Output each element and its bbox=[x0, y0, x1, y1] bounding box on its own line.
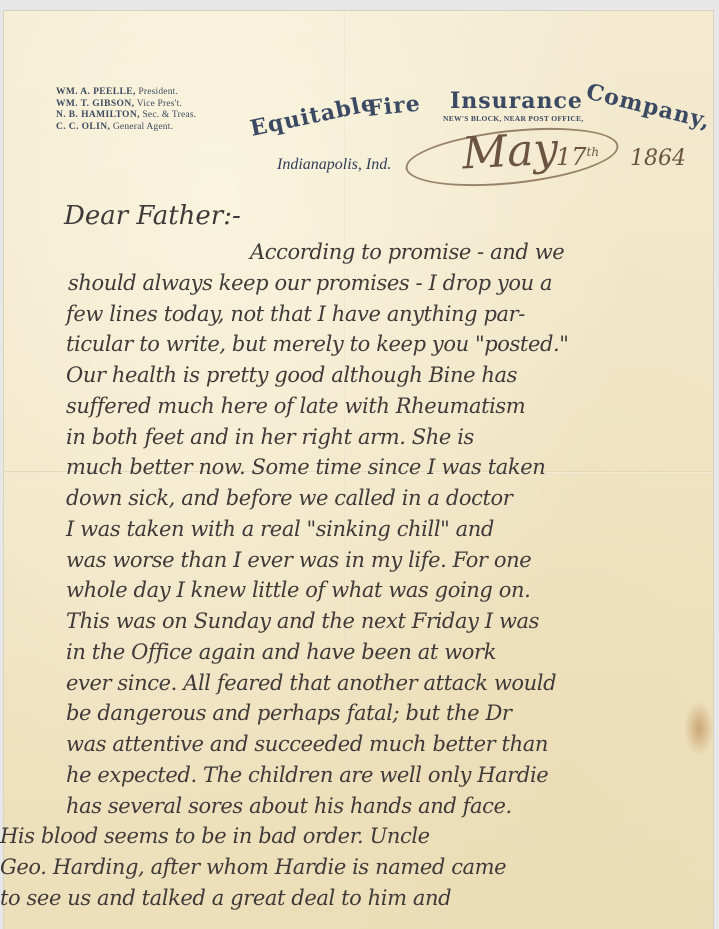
stain-mark bbox=[684, 701, 714, 756]
letter-line: down sick, and before we called in a doc… bbox=[66, 486, 512, 510]
letter-line: I was taken with a real "sinking chill" … bbox=[66, 517, 494, 541]
letter-line: be dangerous and perhaps fatal; but the … bbox=[66, 701, 512, 725]
letter-line: Our health is pretty good although Bine … bbox=[66, 363, 517, 387]
officers-list: WM. A. PEELLE, President. WM. T. GIBSON,… bbox=[56, 87, 196, 133]
company-word: Equitable bbox=[248, 90, 378, 142]
letter-line: whole day I knew little of what was goin… bbox=[66, 578, 530, 602]
letter-line: should always keep our promises - I drop… bbox=[68, 271, 552, 295]
printed-place: Indianapolis, Ind. bbox=[277, 156, 391, 174]
letter-line: much better now. Some time since I was t… bbox=[66, 455, 545, 479]
officer-row: WM. A. PEELLE, President. bbox=[56, 87, 196, 99]
salutation: Dear Father:- bbox=[64, 201, 241, 231]
letter-line: in the Office again and have been at wor… bbox=[66, 640, 496, 664]
letter-line: has several sores about his hands and fa… bbox=[66, 794, 512, 818]
company-address: NEW'S BLOCK, NEAR POST OFFICE, bbox=[443, 114, 584, 123]
letter-line: suffered much here of late with Rheumati… bbox=[66, 394, 525, 418]
officer-row: C. C. OLIN, General Agent. bbox=[56, 122, 196, 134]
letter-line: was attentive and succeeded much better … bbox=[66, 732, 548, 756]
letter-line: Geo. Harding, after whom Hardie is named… bbox=[0, 855, 506, 879]
letter-line: was worse than I ever was in my life. Fo… bbox=[66, 548, 531, 572]
date-year: 1864 bbox=[630, 146, 686, 171]
letter-line: to see us and talked a great deal to him… bbox=[0, 886, 451, 910]
company-word: Company, bbox=[584, 79, 714, 135]
letter-line: His blood seems to be in bad order. Uncl… bbox=[0, 824, 430, 848]
letter-line: in both feet and in her right arm. She i… bbox=[66, 425, 474, 449]
date-day: 17th bbox=[556, 143, 599, 171]
company-word: Insurance bbox=[450, 88, 583, 114]
officer-row: N. B. HAMILTON, Sec. & Treas. bbox=[56, 110, 196, 122]
letter-line: ever since. All feared that another atta… bbox=[66, 671, 556, 695]
letter-line: he expected. The children are well only … bbox=[66, 763, 548, 787]
letter-line: This was on Sunday and the next Friday I… bbox=[66, 609, 539, 633]
officer-row: WM. T. GIBSON, Vice Pres't. bbox=[56, 99, 196, 111]
letter-line: According to promise - and we bbox=[250, 240, 564, 264]
letter-line: ticular to write, but merely to keep you… bbox=[66, 332, 569, 356]
letter-line: few lines today, not that I have anythin… bbox=[66, 302, 525, 326]
company-word: Fire bbox=[366, 91, 422, 122]
date-month: May bbox=[461, 124, 560, 180]
